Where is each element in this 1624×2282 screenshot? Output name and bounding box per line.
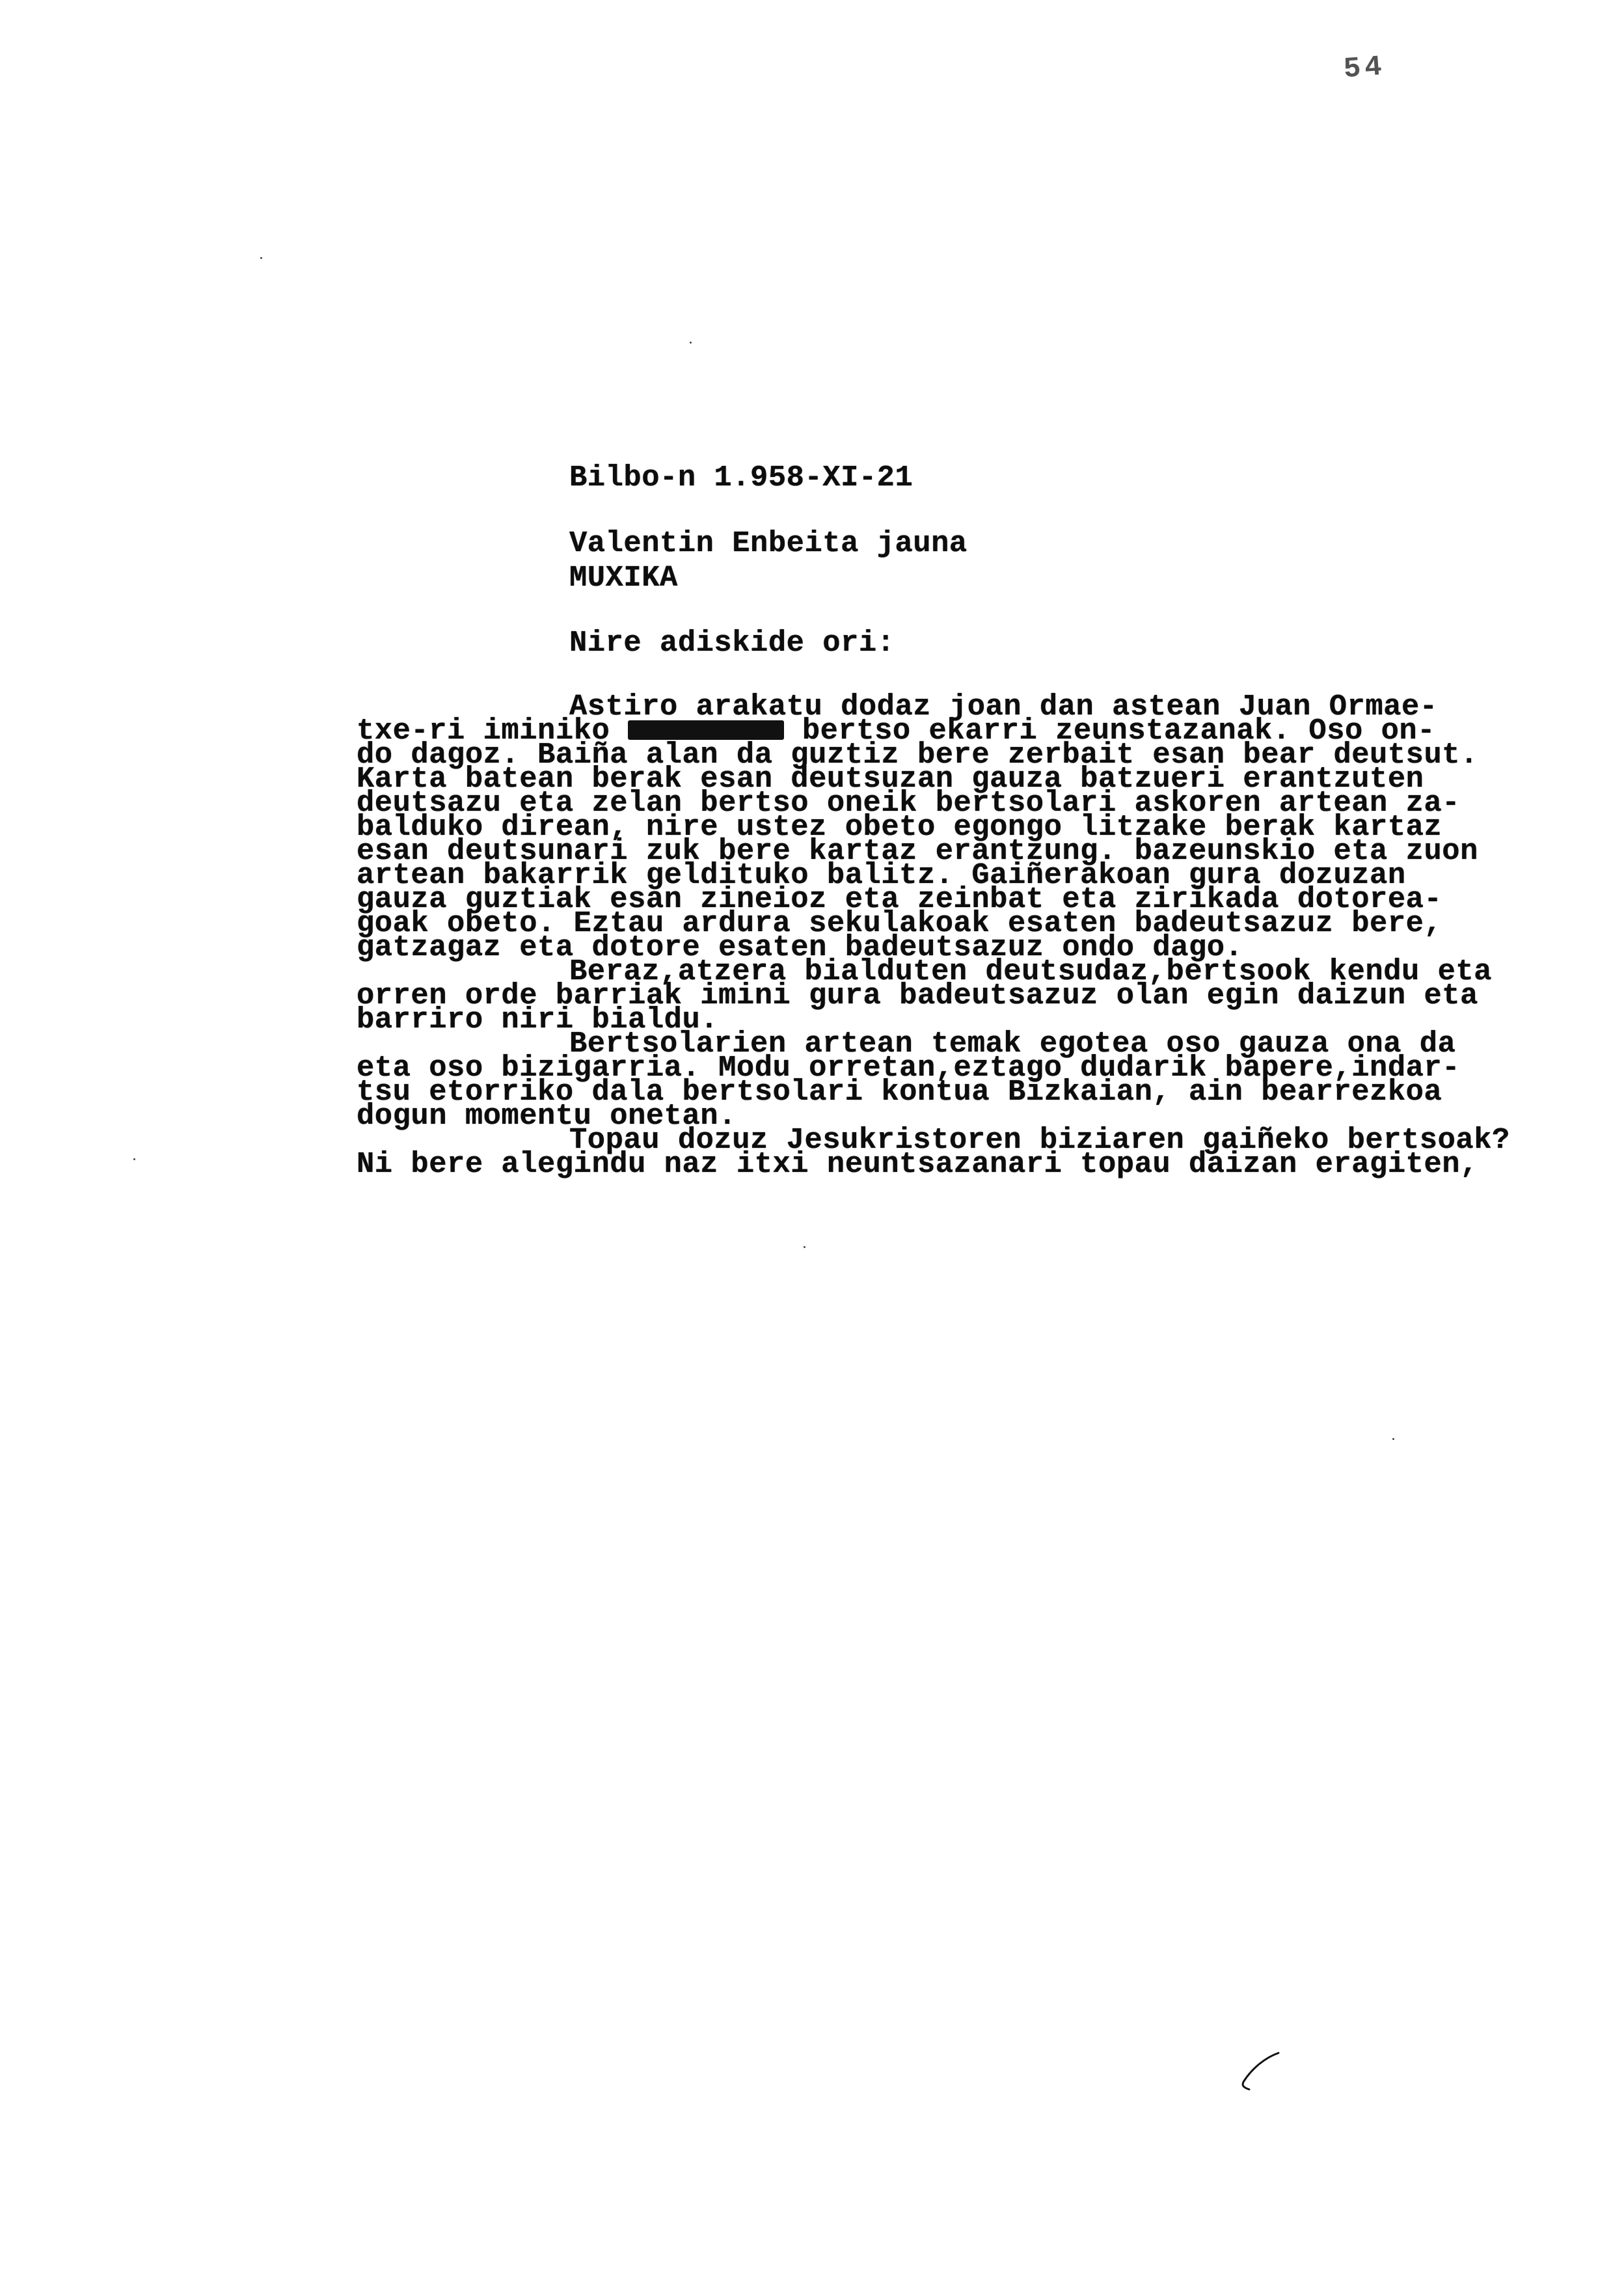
recipient-place: MUXIKA (569, 564, 678, 593)
letter-page: 54 Bilbo-n 1.958-XI-21 Valentin Enbeita … (0, 0, 1624, 2282)
date-line: Bilbo-n 1.958-XI-21 (569, 463, 913, 493)
paper-speck (133, 1158, 135, 1160)
handwritten-mark-icon (1230, 2043, 1288, 2102)
paper-speck (260, 257, 262, 259)
paper-speck (690, 342, 692, 344)
paper-speck (1392, 1438, 1394, 1440)
body-line: Ni bere alegindu naz itxi neuntsazanari … (357, 1152, 1606, 1176)
redaction-mark (628, 720, 784, 740)
paper-speck (804, 1246, 805, 1248)
page-number-mark: 54 (1342, 51, 1387, 86)
letter-body: Astiro arakatu dodaz joan dan astean Jua… (357, 695, 1606, 1176)
recipient-name: Valentin Enbeita jauna (569, 529, 968, 559)
salutation: Nire adiskide ori: (569, 629, 895, 659)
